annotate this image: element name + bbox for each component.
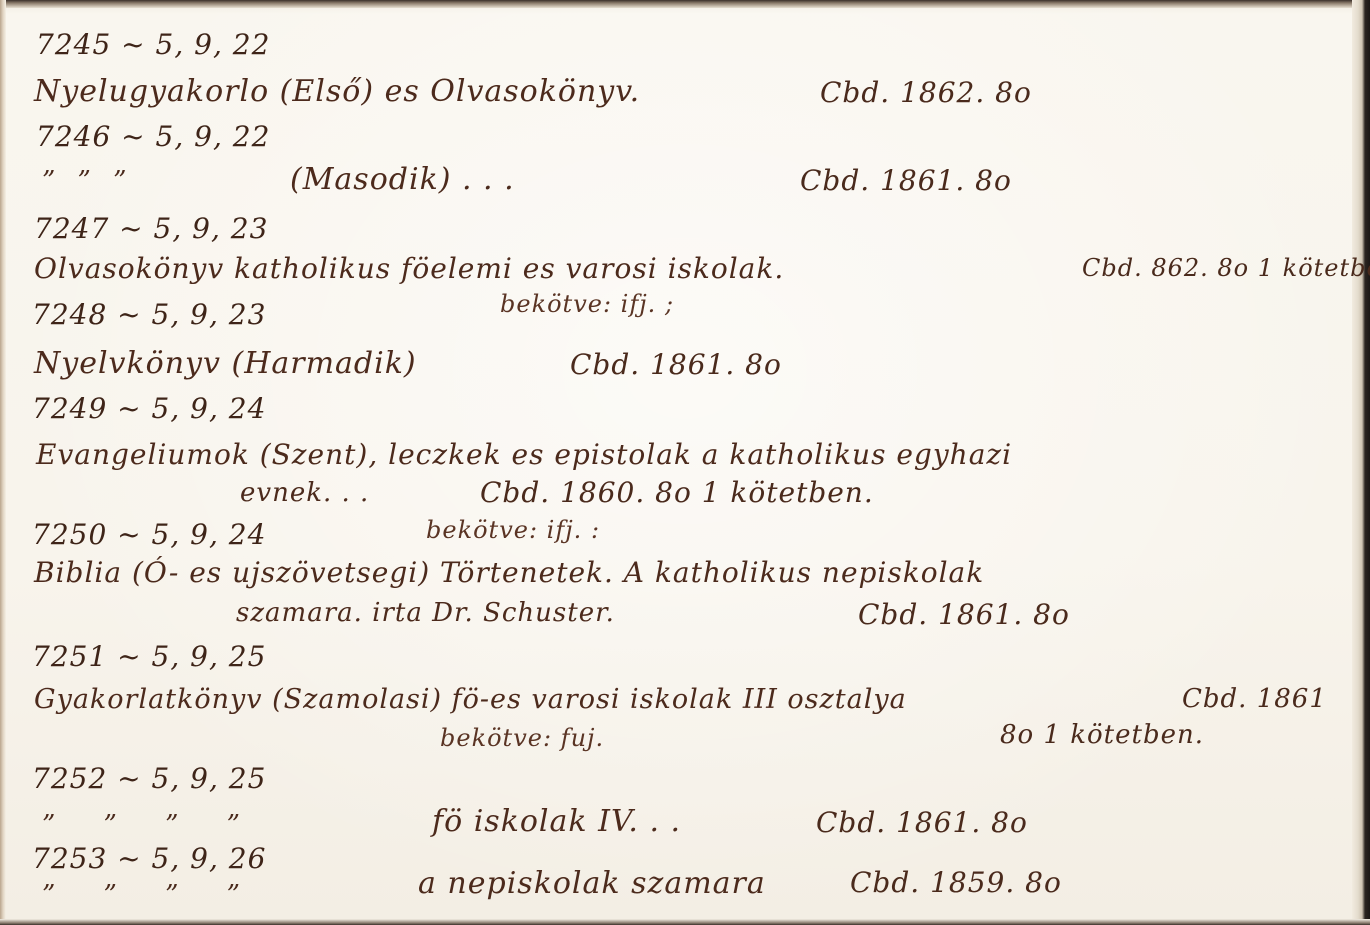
entry-ditto-marks: ” ” ”: [42, 166, 126, 196]
entry-shelfmark: 7250 ~ 5, 9, 24: [32, 518, 266, 551]
entry-shelfmark: 7245 ~ 5, 9, 22: [36, 28, 270, 61]
entry-publication: Cbd. 1859. 8o: [850, 866, 1062, 899]
entry-shelfmark: 7249 ~ 5, 9, 24: [32, 392, 266, 425]
entry-title: Nyelvkönyv (Harmadik): [34, 346, 417, 381]
entry-ditto-marks: ” ” ” ”: [42, 880, 240, 910]
entry-title: (Masodik) . . .: [290, 162, 515, 197]
catalogue-page: 7245 ~ 5, 9, 22 Nyelugyakorlo (Első) es …: [0, 0, 1370, 925]
entry-publication: Cbd. 1861: [1182, 684, 1327, 714]
page-top-edge: [0, 0, 1370, 8]
entry-publication: Cbd. 1861. 8o: [858, 598, 1070, 631]
entry-title: Nyelugyakorlo (Első) es Olvasokönyv.: [34, 74, 640, 109]
entry-binding-note: bekötve: ifj. :: [426, 516, 600, 544]
entry-shelfmark: 7246 ~ 5, 9, 22: [36, 120, 270, 153]
entry-publication: Cbd. 1860. 8o 1 kötetben.: [480, 476, 874, 509]
entry-shelfmark: 7252 ~ 5, 9, 25: [32, 762, 266, 795]
entry-shelfmark: 7248 ~ 5, 9, 23: [32, 298, 266, 331]
entry-title-continuation: szamara. irta Dr. Schuster.: [236, 598, 615, 628]
entry-publication-continuation: 8o 1 kötetben.: [1000, 720, 1204, 750]
entry-publication: Cbd. 1861. 8o: [570, 348, 782, 381]
page-right-edge: [1352, 0, 1370, 925]
page-left-edge: [0, 0, 6, 925]
entry-shelfmark: 7253 ~ 5, 9, 26: [32, 842, 266, 875]
entry-title: fö iskolak IV. . .: [432, 804, 681, 839]
entry-binding-note: bekötve: fuj.: [440, 724, 604, 752]
entry-shelfmark: 7251 ~ 5, 9, 25: [32, 640, 266, 673]
entry-title: Olvasokönyv katholikus föelemi es varosi…: [34, 252, 784, 285]
entry-title: Gyakorlatkönyv (Szamolasi) fö-es varosi …: [34, 684, 907, 715]
entry-publication: Cbd. 1861. 8o: [800, 164, 1012, 197]
entry-title: Evangeliumok (Szent), leczkek es epistol…: [36, 438, 1012, 471]
entry-ditto-marks: ” ” ” ”: [42, 810, 240, 840]
entry-title-continuation: evnek. . .: [240, 478, 369, 508]
entry-shelfmark: 7247 ~ 5, 9, 23: [34, 212, 268, 245]
page-bottom-edge: [0, 919, 1370, 925]
entry-title: a nepiskolak szamara: [418, 866, 766, 901]
entry-binding-note: bekötve: ifj. ;: [500, 290, 674, 318]
entry-title: Biblia (Ó- es ujszövetsegi) Törtenetek. …: [34, 556, 984, 589]
entry-publication: Cbd. 1861. 8o: [816, 806, 1028, 839]
entry-publication: Cbd. 862. 8o 1 kötetben.: [1082, 254, 1370, 282]
entry-publication: Cbd. 1862. 8o: [820, 76, 1032, 109]
